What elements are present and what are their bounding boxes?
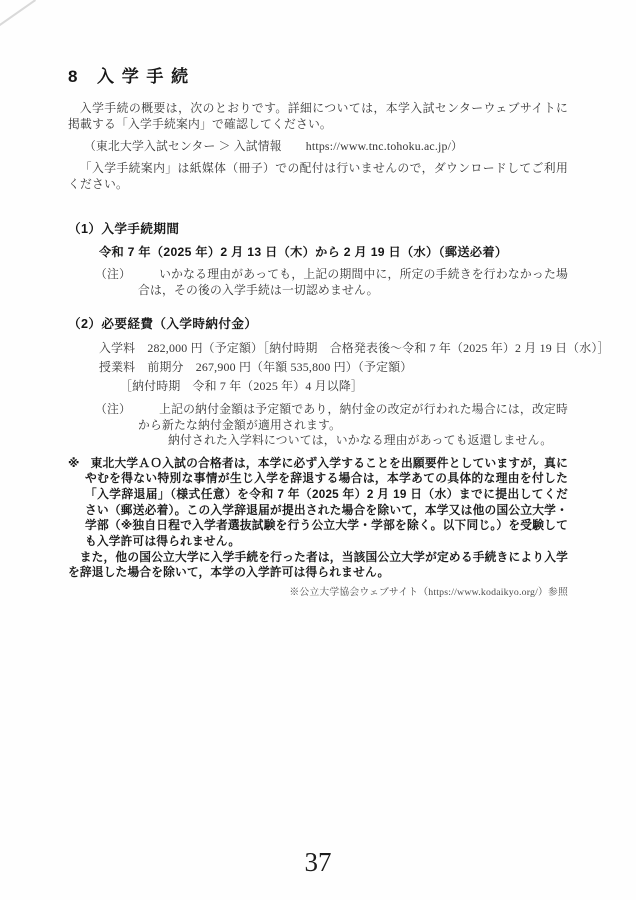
section2-note: （注）上記の納付金額は予定額であり，納付金の改定が行われた場合には，改定時から新… [138,402,568,449]
scan-artifact [0,0,36,30]
note-label: （注） [95,402,131,416]
section1-note: （注）いかなる理由があっても，上記の期間中に，所定の手続きを行わなかった場合は，… [138,267,568,298]
page-number: 37 [0,847,636,878]
section2-heading: （2）必要経費（入学時納付金） [68,313,568,332]
intro-paragraph-1: 入学手続の概要は，次のとおりです。詳細については，本学入試センターウェブサイトに… [68,100,568,132]
document-page: 8入 学 手 続 入学手続の概要は，次のとおりです。詳細については，本学入試セン… [0,0,636,900]
section2-note-paragraph-2: 納付された入学料については，いかなる理由があっても返還しません。 [138,433,568,449]
heading-title: 入 学 手 続 [97,67,190,86]
admissions-center-site-line: （東北大学入試センター ＞ 入試情報 https://www.tnc.tohok… [84,138,568,154]
section2-note-paragraph-1: （注）上記の納付金額は予定額であり，納付金の改定が行われた場合には，改定時から新… [138,402,568,433]
tuition-payment-period-line: ［納付時期 令和 7 年（2025 年）4 月以降］ [120,377,568,396]
section1-heading: （1）入学手続期間 [68,218,568,237]
notice-marker: ※ [68,457,80,470]
procedure-period-line: 令和 7 年（2025 年）2 月 13 日（木）から 2 月 19 日（水）（… [99,244,568,261]
intro-paragraph-2: 「入学手続案内」は紙媒体（冊子）での配付は行いませんので，ダウンロードしてご利用… [68,160,568,192]
ao-admission-notice: ※東北大学ＡＯ入試の合格者は，本学に必ず入学することを出願要件としていますが，真… [68,456,568,601]
note-text: いかなる理由があっても，上記の期間中に，所定の手続きを行わなかった場合は，その後… [138,267,568,297]
section1-note-paragraph: （注）いかなる理由があっても，上記の期間中に，所定の手続きを行わなかった場合は，… [138,267,568,298]
notice-text: 東北大学ＡＯ入試の合格者は，本学に必ず入学することを出願要件としていますが，真に… [85,457,568,549]
kodaikyo-reference-line: ※公立大学協会ウェブサイト（https://www.kodaikyo.org/）… [68,585,568,601]
note-label: （注） [95,267,131,281]
notice-paragraph-2: また，他の国公立大学に入学手続を行った者は，当該国公立大学が定める手続きにより入… [68,550,568,581]
tuition-fee-line: 授業料 前期分 267,900 円（年額 535,800 円）（予定額） [99,358,568,377]
page-title: 8入 学 手 続 [68,62,568,87]
notice-paragraph-1: ※東北大学ＡＯ入試の合格者は，本学に必ず入学することを出願要件としていますが，真… [68,456,568,550]
heading-number: 8 [68,67,79,86]
admission-fee-line: 入学料 282,000 円（予定額）［納付時期 合格発表後～令和 7 年（202… [99,339,568,358]
note-text: 上記の納付金額は予定額であり，納付金の改定が行われた場合には，改定時から新たな納… [138,402,568,432]
